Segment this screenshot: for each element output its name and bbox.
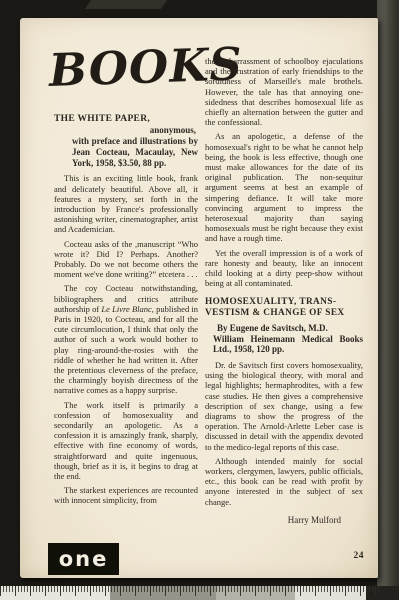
review1-author: anonymous, xyxy=(54,125,198,136)
review1-paragraph-4: The work itself is primarily a confessio… xyxy=(54,400,198,482)
review1-paragraph-2: Cocteau asks of the ,manuscript “Who wro… xyxy=(54,239,198,280)
review2-title-line1: HOMOSEXUALITY, TRANS- xyxy=(205,297,363,308)
review1-continuation-1: the embarrassment of schoolboy ejaculati… xyxy=(205,56,363,127)
review1-paragraph-3-post: , published in Paris in 1920, to Cocteau… xyxy=(54,304,198,396)
left-column: BOOKS THE WHITE PAPER, anonymous, with p… xyxy=(54,38,198,510)
review1-paragraph-1: This is an exciting little book, frank a… xyxy=(54,173,198,234)
review1-paragraph-5: The starkest experiences are recounted w… xyxy=(54,485,198,505)
review2-publisher: William Heinemann Medical Books Ltd., 19… xyxy=(213,334,363,355)
page-number: 24 xyxy=(354,551,365,561)
section-title: BOOKS xyxy=(48,37,198,100)
tape-artifact xyxy=(85,0,167,9)
review2-paragraph-1: Dr. de Savitsch first covers homosexuali… xyxy=(205,360,363,452)
one-magazine-logo-text: one xyxy=(59,549,109,570)
review2-title: HOMOSEXUALITY, TRANS- VESTISM & CHANGE O… xyxy=(205,297,363,319)
book-edge-background xyxy=(377,0,399,600)
photographic-scale-ruler xyxy=(0,586,399,600)
review2-byline: By Eugene de Savitsch, M.D. xyxy=(213,323,363,334)
review2-paragraph-2: Although intended mainly for social work… xyxy=(205,456,363,507)
one-magazine-logo: one xyxy=(48,543,119,575)
review1-continuation-3: Yet the overall impression is of a work … xyxy=(205,248,363,289)
reviewer-signature: Harry Mulford xyxy=(205,515,363,525)
review2-title-line2: VESTISM & CHANGE OF SEX xyxy=(205,308,363,319)
right-column: the embarrassment of schoolboy ejaculati… xyxy=(205,56,363,525)
review1-paragraph-3: The coy Cocteau notwithstanding, bibliog… xyxy=(54,283,198,395)
review2-publication-info: By Eugene de Savitsch, M.D. William Hein… xyxy=(213,323,363,355)
review1-publication-info: with preface and illustrations by Jean C… xyxy=(72,136,198,168)
review1-title: THE WHITE PAPER, xyxy=(54,114,198,125)
review1-continuation-2: As an apologetic, a defense of the homos… xyxy=(205,131,363,243)
book-title-le-livre-blanc: Le Livre Blanc xyxy=(101,304,151,314)
scanned-page: BOOKS THE WHITE PAPER, anonymous, with p… xyxy=(20,18,378,578)
